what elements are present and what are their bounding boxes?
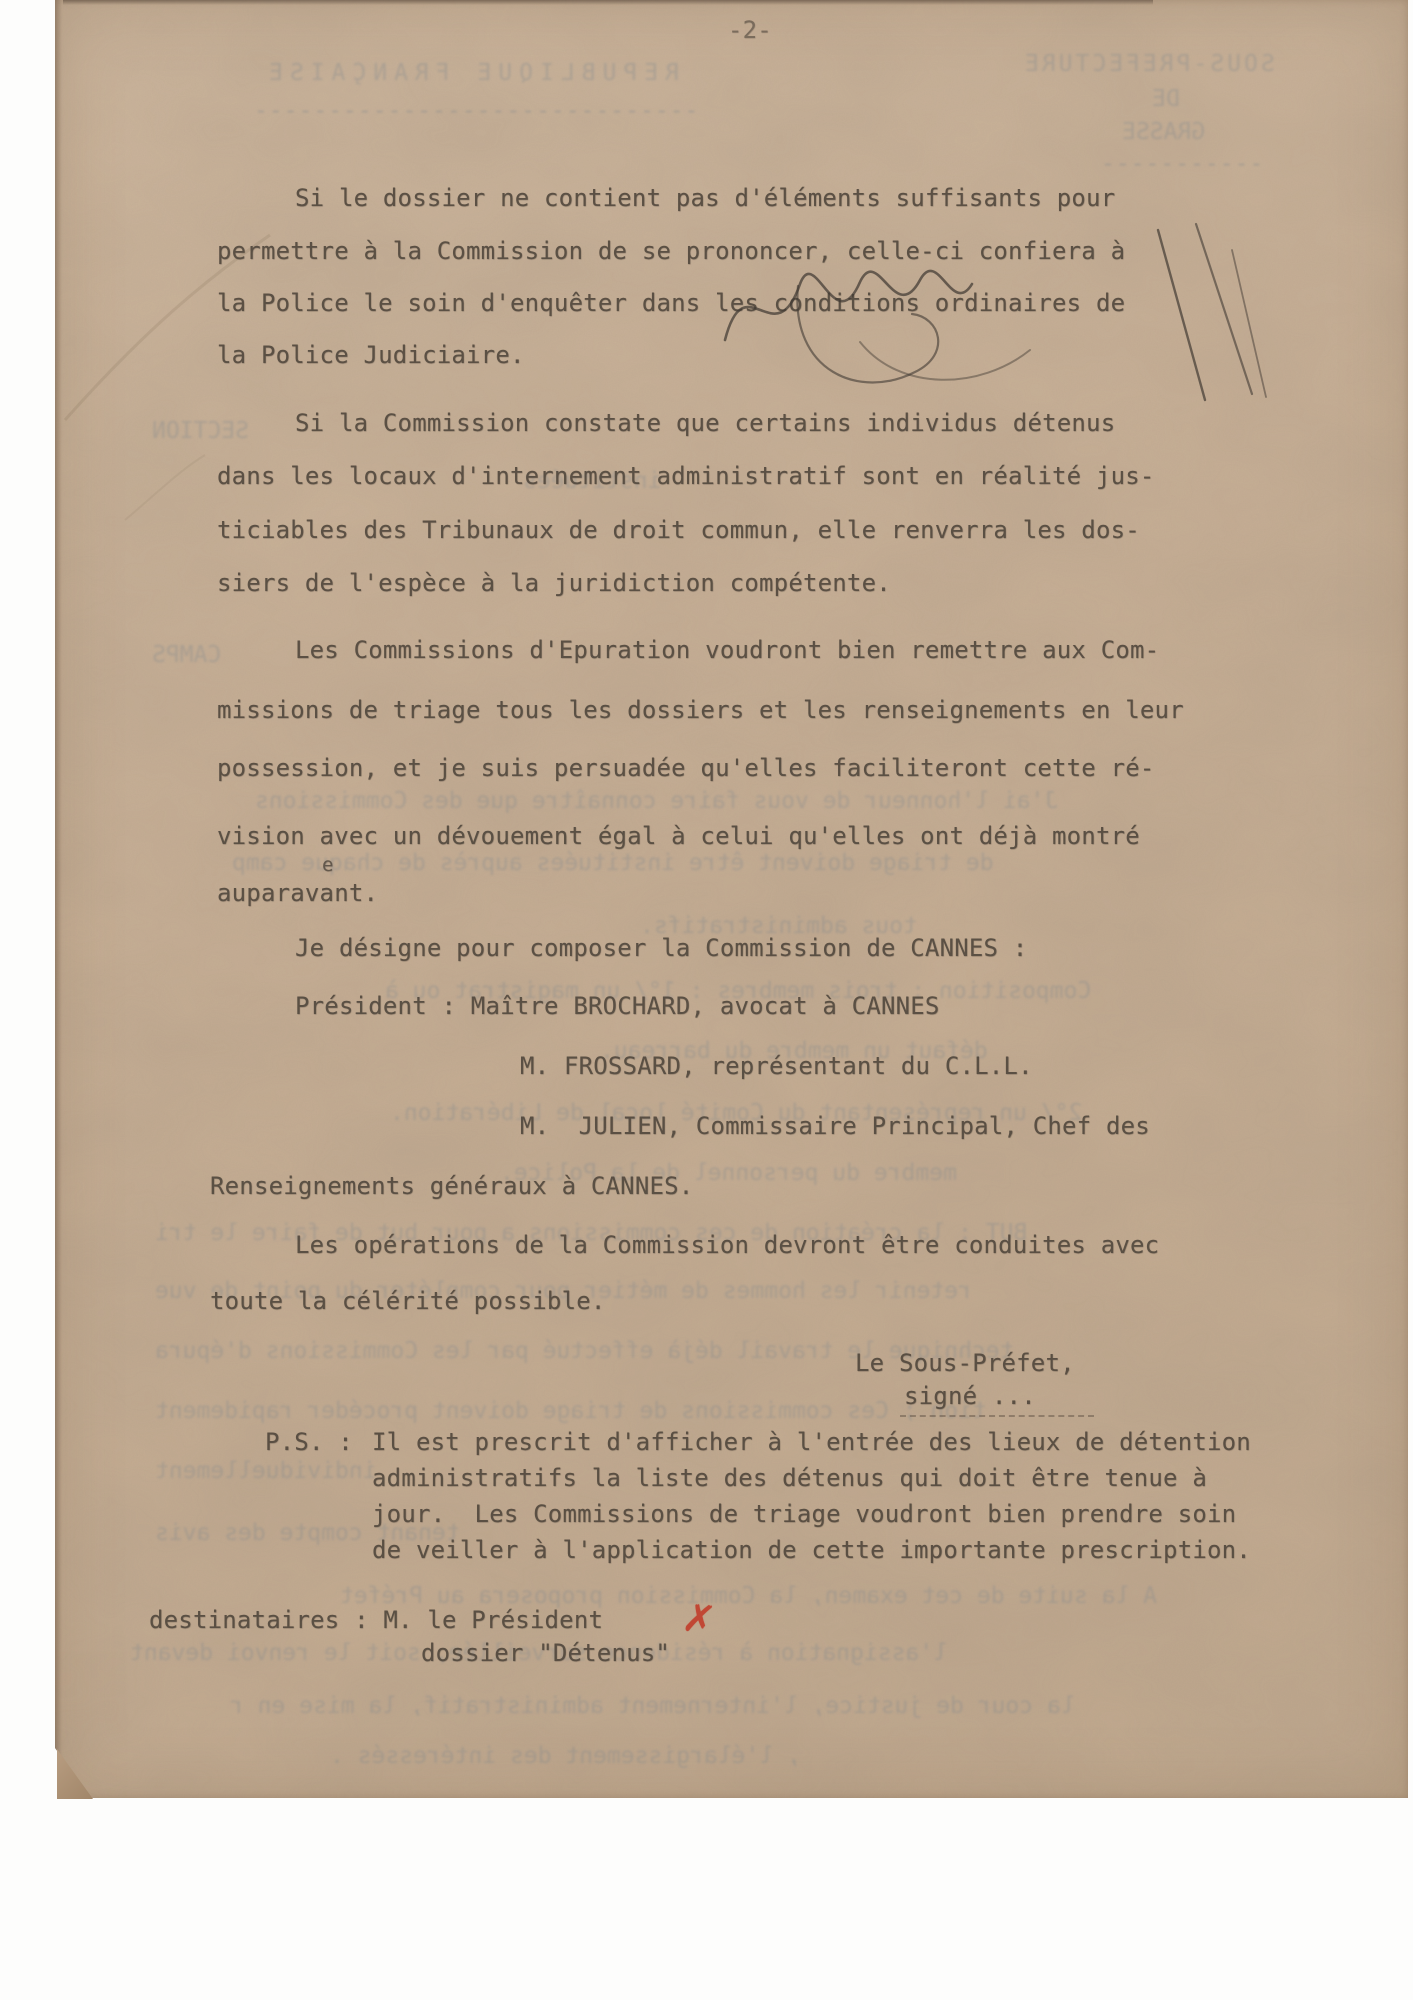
- bleedthrough-line: la cour de justice, l'internement admini…: [230, 1695, 1075, 1718]
- red-x-mark: ✗: [680, 1597, 718, 1642]
- bleedthrough-line: individuellement: [155, 1460, 377, 1483]
- typed-line: la Police Judiciaire.: [217, 343, 525, 367]
- typed-line: Les opérations de la Commission devront …: [295, 1233, 1159, 1257]
- typed-line: Les Commissions d'Epuration voudront bie…: [295, 638, 1159, 662]
- typed-line: auparavant.: [217, 881, 378, 905]
- typed-correction-letter: e: [322, 856, 334, 875]
- signed-underlined: signé ...: [900, 1382, 1094, 1417]
- typed-line: Si la Commission constate que certains i…: [295, 411, 1115, 435]
- bleedthrough-line: SOUS-PREFECTURE: [1022, 53, 1275, 76]
- typed-line: vision avec un dévouement égal à celui q…: [217, 824, 1140, 848]
- page-number: -2-: [728, 18, 772, 42]
- typed-line: Je désigne pour composer la Commission d…: [295, 936, 1027, 960]
- typed-line: M. JULIEN, Commissaire Principal, Chef d…: [520, 1114, 1150, 1138]
- destinataires-line: destinataires : M. le Président: [149, 1608, 603, 1632]
- typed-line: Si le dossier ne contient pas d'éléments…: [295, 186, 1115, 210]
- scanned-document-page: REPUBLIQUE FRANÇAISE -------------------…: [0, 0, 1413, 2000]
- bleedthrough-line: A la suite de cet examen, la Commission …: [340, 1585, 1157, 1608]
- ps-line: jour. Les Commissions de triage voudront…: [372, 1502, 1236, 1526]
- typed-line: dans les locaux d'internement administra…: [217, 464, 1155, 488]
- bleedthrough-line: REPUBLIQUE FRANÇAISE: [262, 62, 679, 85]
- signature-signed: signé ...: [900, 1384, 1094, 1408]
- document-content: REPUBLIQUE FRANÇAISE -------------------…: [0, 0, 1413, 1798]
- typed-line: missions de triage tous les dossiers et …: [217, 698, 1184, 722]
- ps-label: P.S. :: [265, 1430, 353, 1454]
- typed-line: Renseignements généraux à CANNES.: [210, 1174, 693, 1198]
- ps-line: de veiller à l'application de cette impo…: [372, 1538, 1251, 1562]
- ps-line: administratifs la liste des détenus qui …: [372, 1466, 1207, 1490]
- bleedthrough-line: , l'élargissement des intéressés .: [330, 1745, 801, 1768]
- ink-scribble: [560, 222, 1300, 407]
- typed-line: siers de l'espèce à la juridiction compé…: [217, 571, 891, 595]
- ps-line: Il est prescrit d'afficher à l'entrée de…: [372, 1430, 1251, 1454]
- typed-line: M. FROSSARD, représentant du C.L.L.: [520, 1054, 1033, 1078]
- bleedthrough-line: tion ; Ces commissions de triage doivent…: [155, 1400, 986, 1423]
- bleedthrough-line: DE: [1152, 88, 1180, 111]
- bleedthrough-line: J'ai l'honneur de vous faire connaître q…: [255, 790, 1058, 813]
- bleedthrough-line: SECTION: [152, 420, 249, 443]
- typed-line: toute la célérité possible.: [210, 1289, 606, 1313]
- bleedthrough-line: de triage doivent être instituées auprès…: [232, 852, 994, 875]
- typed-line: Président : Maître BROCHARD, avocat à CA…: [295, 994, 940, 1018]
- typed-line: possession, et je suis persuadée qu'elle…: [217, 756, 1155, 780]
- bleedthrough-line: GRASSE: [1122, 121, 1205, 144]
- bleedthrough-rule: ------------------------------: [253, 100, 698, 123]
- bleedthrough-rule: -----------: [1100, 153, 1263, 176]
- signature-title: Le Sous-Préfet,: [855, 1351, 1075, 1375]
- typed-line: ticiables des Tribunaux de droit commun,…: [217, 518, 1140, 542]
- destinataires-line: dossier "Détenus": [421, 1641, 670, 1665]
- bleedthrough-line: CAMPS: [152, 644, 221, 667]
